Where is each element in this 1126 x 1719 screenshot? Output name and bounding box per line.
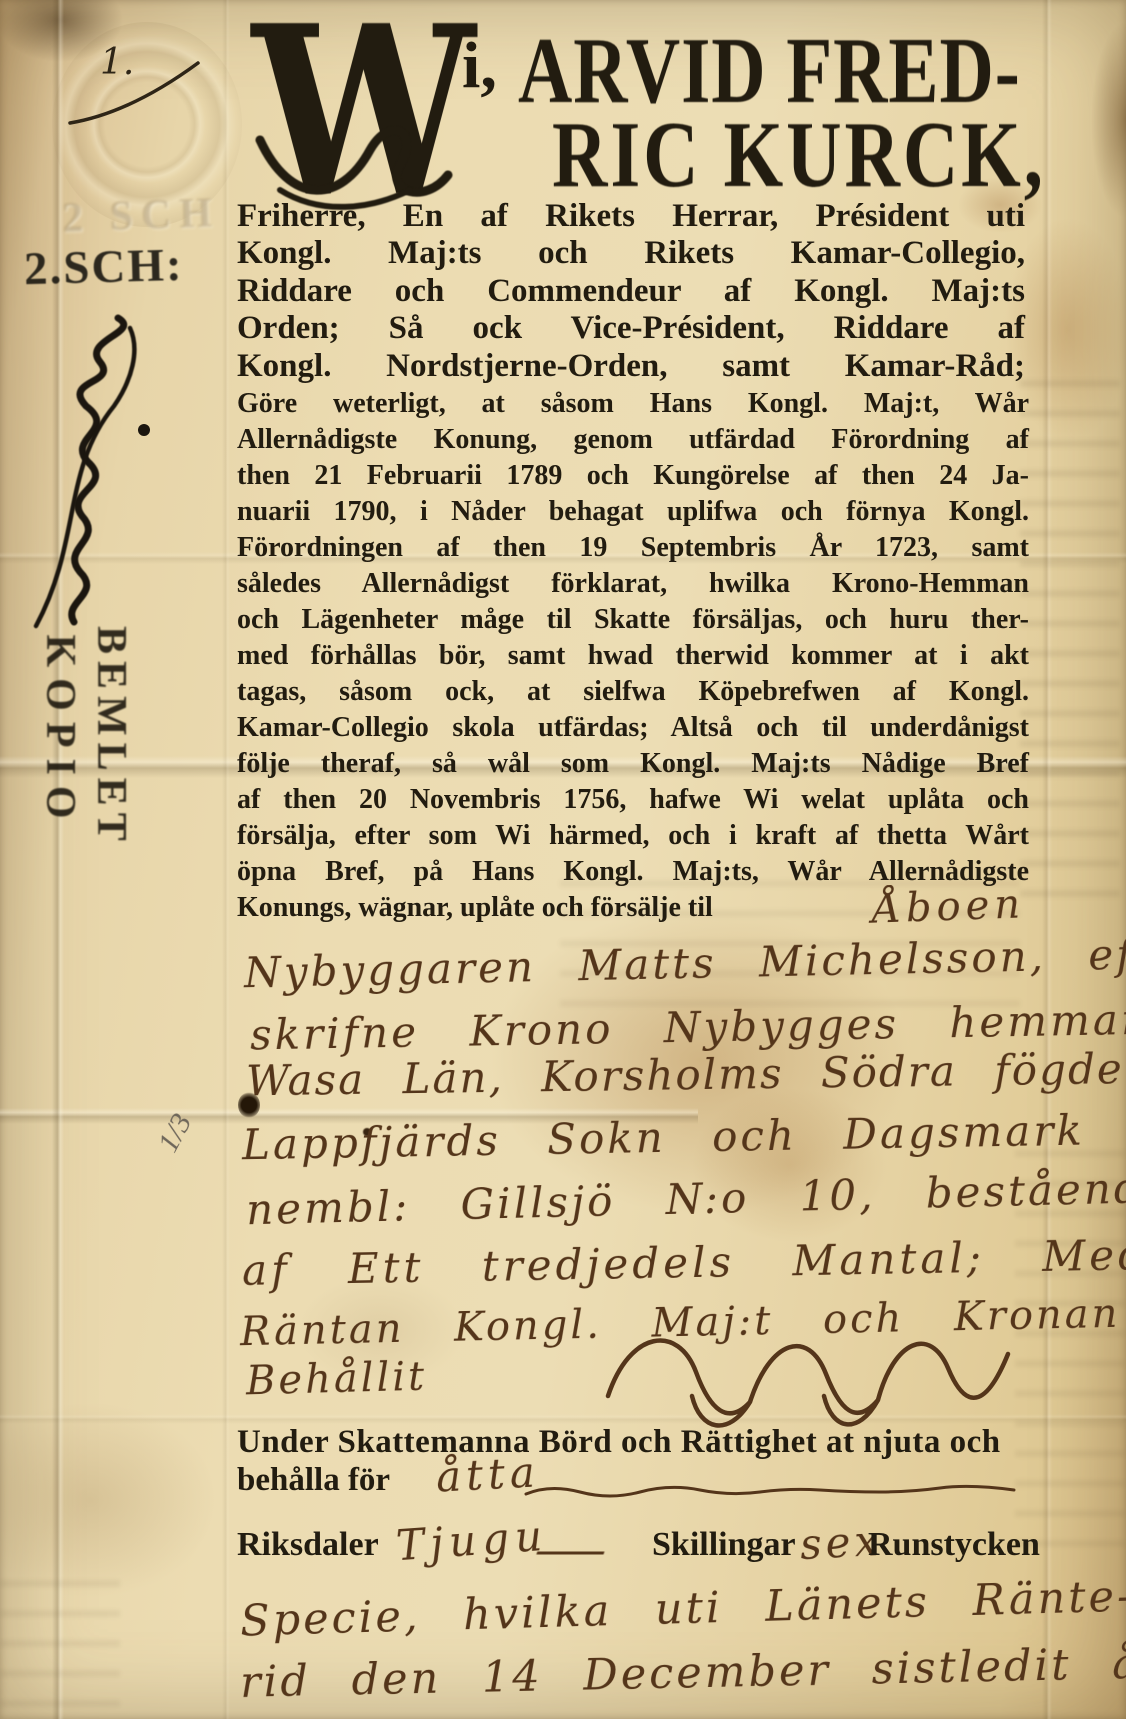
body-paragraph: Göre weterligt, at såsom Hans Kongl. Maj… <box>237 386 1029 926</box>
sch-emboss: 2 SCH <box>61 189 220 242</box>
printed-line: Göre weterligt, at såsom Hans Kongl. Maj… <box>237 386 1029 422</box>
printed-line: Kongl. Nordstjerne-Orden, samt Kamar-Råd… <box>237 348 1025 385</box>
riksdaler-label: Riksdaler <box>237 1526 379 1564</box>
printed-line: försälja, efter som Wi härmed, och i kra… <box>237 818 1029 854</box>
printed-line: och Lägenheter måge til Skatte försäljas… <box>237 602 1029 638</box>
handwritten-line: Behållit <box>245 1354 427 1405</box>
printed-line: Kongl. Maj:ts och Rikets Kamar-Collegio, <box>237 235 1025 272</box>
printed-line: följe theraf, så wål som Kongl. Maj:ts N… <box>237 746 1029 782</box>
titles-paragraph: Friherre, En af Rikets Herrar, Président… <box>237 198 1025 385</box>
tenure-line1: Under Skattemanna Börd och Rättighet at … <box>237 1424 1001 1461</box>
heading-name-line2: RIC KURCK, <box>552 102 1046 209</box>
printed-line: tagas, såsom ock, at sielfwa Köpebrefwen… <box>237 674 1029 710</box>
margin-signature <box>22 310 162 640</box>
archive-stamp: BEMLET KOPIO <box>24 626 136 838</box>
printed-line: Orden; Så ock Vice-Président, Riddare af <box>237 310 1025 347</box>
fold-crease <box>222 0 230 1719</box>
archive-stamp-line1: BEMLET <box>86 626 136 838</box>
scanned-document: 1. 2 SCH 2.SCH: BEMLET KOPIO 1/3 W i, AR… <box>0 0 1126 1719</box>
heading-initial-suffix: i, <box>462 28 497 104</box>
printed-line: af then 20 Novembris 1756, hafwe Wi wela… <box>237 782 1029 818</box>
printed-line: Kamar-Collegio skola utfärdas; Altså och… <box>237 710 1029 746</box>
skillingar-label: Skillingar <box>652 1526 796 1564</box>
price-dash: — <box>534 1522 611 1576</box>
tenure-line2: behålla för <box>237 1462 390 1499</box>
printed-line: nuarii 1790, i Nåder behagat uplifwa och… <box>237 494 1029 530</box>
handwritten-insert-word: Åboen <box>871 881 1026 932</box>
bleedthrough-text <box>1020 380 1120 920</box>
folio-slash <box>60 55 210 135</box>
archive-stamp-line2: KOPIO <box>34 626 86 838</box>
printed-line: Riddare och Commendeur af Kongl. Maj:ts <box>237 273 1025 310</box>
bleedthrough-text <box>0 1580 120 1719</box>
printed-line: Friherre, En af Rikets Herrar, Président… <box>237 198 1025 235</box>
runstycken-label: Runstycken <box>868 1526 1040 1564</box>
printed-line: Förordningen af then 19 Septembris År 17… <box>237 530 1029 566</box>
initial-flourish <box>250 120 460 210</box>
printed-line: then 21 Februarii 1789 och Kungörelse af… <box>237 458 1029 494</box>
handwriting-flourish <box>600 1310 1020 1430</box>
printed-line: således Allernådigst förklarat, hwilka K… <box>237 566 1029 602</box>
fill-rule <box>520 1480 1020 1504</box>
sch-stamp: 2.SCH: <box>23 238 184 296</box>
printed-line: med förhållas bör, samt hwad therwid kom… <box>237 638 1029 674</box>
printed-line: Allernådigste Konung, genom utfärdad För… <box>237 422 1029 458</box>
